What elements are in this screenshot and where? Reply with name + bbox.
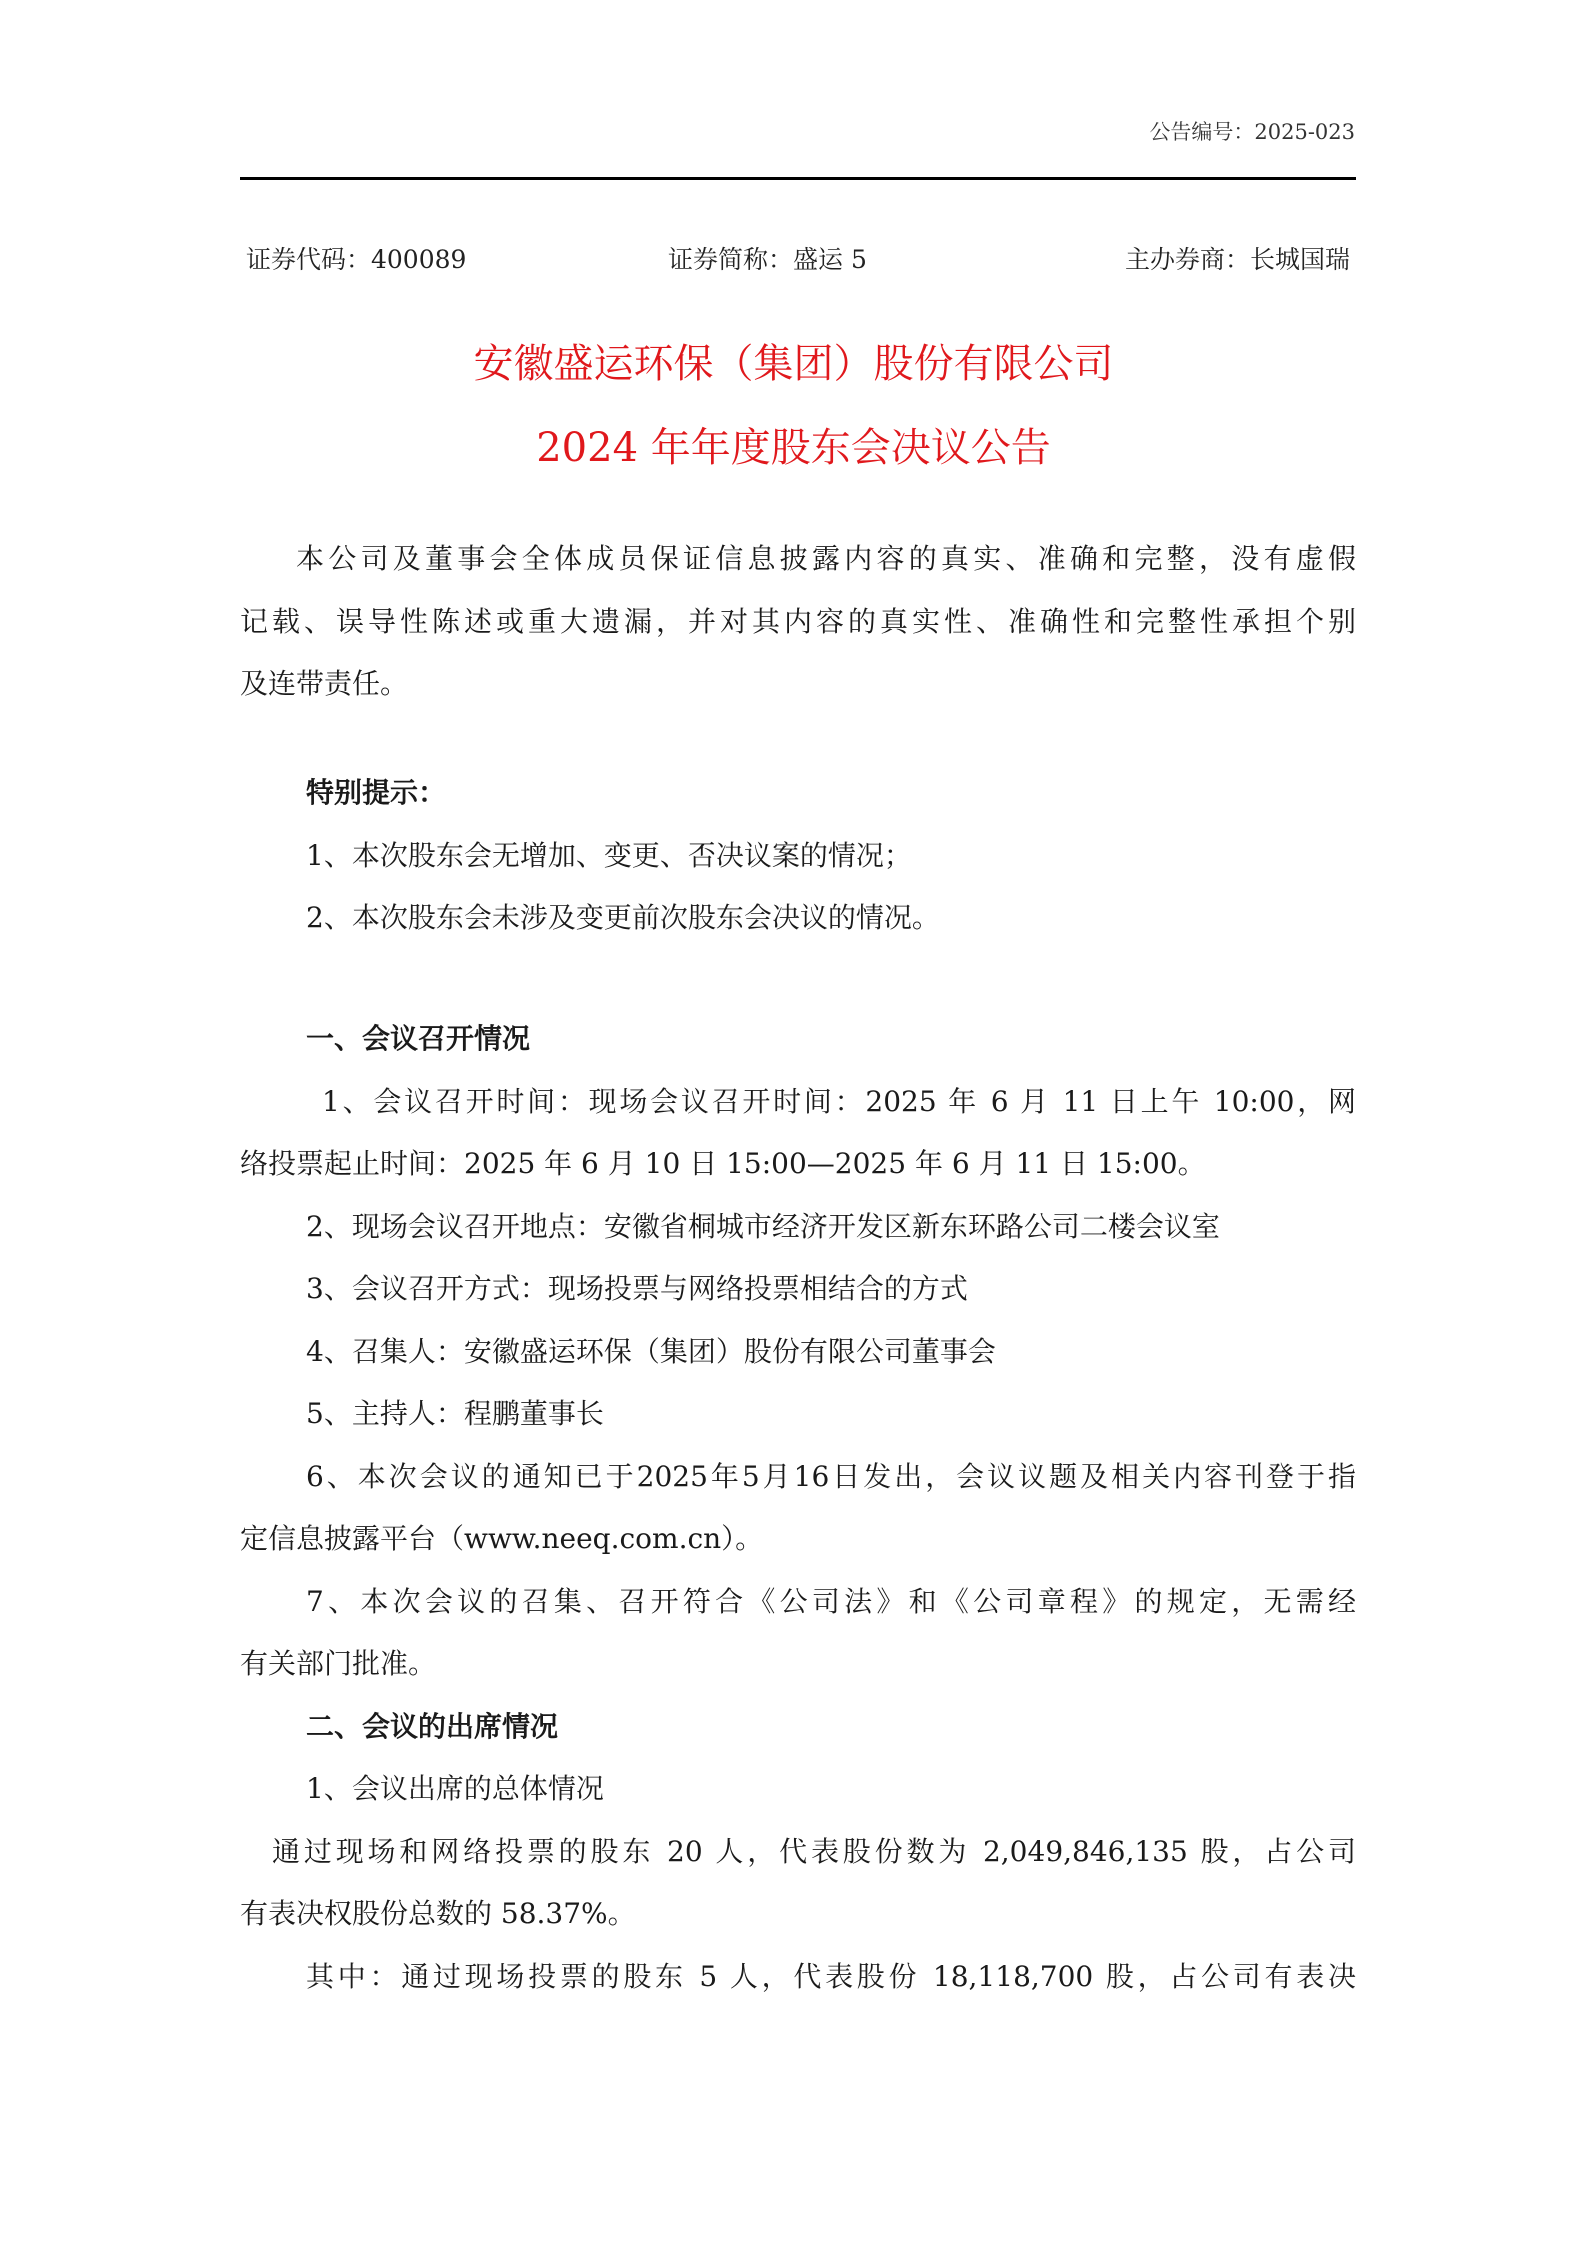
section2-total-line: 有表决权股份总数的 58.37%。 — [240, 1883, 1356, 1946]
notice-number: 公告编号：2025-023 — [1149, 116, 1355, 146]
intro-line: 本公司及董事会全体成员保证信息披露内容的真实、准确和完整，没有虚假 — [240, 528, 1356, 591]
special-note-item: 2、本次股东会未涉及变更前次股东会决议的情况。 — [306, 887, 1422, 950]
section1-item5: 5、主持人：程鹏董事长 — [240, 1383, 1356, 1446]
section1-item1-line: 1、会议召开时间：现场会议召开时间：2025 年 6 月 11 日上午 10:0… — [240, 1071, 1356, 1134]
document-title: 2024 年年度股东会决议公告 — [0, 416, 1587, 473]
section1-item2: 2、现场会议召开地点：安徽省桐城市经济开发区新东环路公司二楼会议室 — [240, 1196, 1356, 1259]
special-note-item: 1、本次股东会无增加、变更、否决议案的情况； — [306, 825, 1422, 888]
section1-item7-line: 7、本次会议的召集、召开符合《公司法》和《公司章程》的规定，无需经 — [240, 1571, 1356, 1634]
intro-line: 及连带责任。 — [240, 653, 1356, 716]
section-meeting-convening: 一、会议召开情况 1、会议召开时间：现场会议召开时间：2025 年 6 月 11… — [240, 1008, 1356, 2008]
section2-sub1: 1、会议出席的总体情况 — [240, 1758, 1356, 1821]
security-code: 证券代码：400089 — [246, 240, 466, 276]
section1-item6-line: 定信息披露平台（www.neeq.com.cn）。 — [240, 1508, 1356, 1571]
section2-total-line: 通过现场和网络投票的股东 20 人，代表股份数为 2,049,846,135 股… — [240, 1821, 1356, 1884]
security-short-name: 证券简称：盛运 5 — [668, 240, 867, 276]
section1-item1-line: 络投票起止时间：2025 年 6 月 10 日 15:00—2025 年 6 月… — [240, 1133, 1356, 1196]
section1-item3: 3、会议召开方式：现场投票与网络投票相结合的方式 — [240, 1258, 1356, 1321]
header-divider — [240, 177, 1356, 180]
company-name-title: 安徽盛运环保（集团）股份有限公司 — [0, 332, 1587, 389]
intro-paragraph: 本公司及董事会全体成员保证信息披露内容的真实、准确和完整，没有虚假 记载、误导性… — [240, 528, 1356, 716]
section1-item4: 4、召集人：安徽盛运环保（集团）股份有限公司董事会 — [240, 1321, 1356, 1384]
section1-heading: 一、会议召开情况 — [240, 1008, 1356, 1071]
section2-onsite-line: 其中：通过现场投票的股东 5 人，代表股份 18,118,700 股，占公司有表… — [240, 1946, 1356, 2009]
section1-item7-line: 有关部门批准。 — [240, 1633, 1356, 1696]
special-notes-heading: 特别提示： — [306, 762, 1422, 825]
sponsor-broker: 主办券商：长城国瑞 — [1125, 240, 1350, 276]
intro-line: 记载、误导性陈述或重大遗漏，并对其内容的真实性、准确性和完整性承担个别 — [240, 591, 1356, 654]
section2-heading: 二、会议的出席情况 — [240, 1696, 1356, 1759]
special-notes: 特别提示： 1、本次股东会无增加、变更、否决议案的情况； 2、本次股东会未涉及变… — [306, 762, 1422, 950]
section1-item6-line: 6、本次会议的通知已于2025年5月16日发出，会议议题及相关内容刊登于指 — [240, 1446, 1356, 1509]
